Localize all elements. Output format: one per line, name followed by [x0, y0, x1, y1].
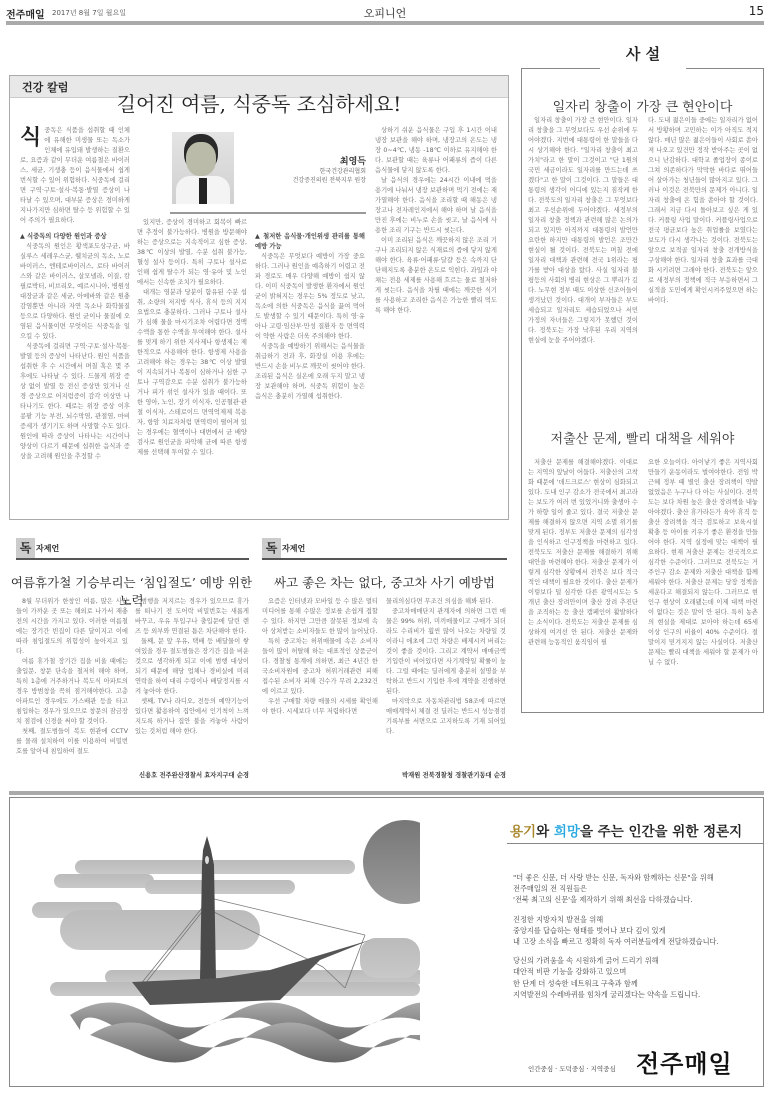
slogan-text: 와	[536, 824, 554, 840]
page-number: 15	[749, 4, 764, 18]
author-org: 한국건강관리협회	[236, 167, 366, 176]
reader-right-byline: 박재원 전북경찰청 경찰관기동대 순경	[386, 770, 506, 779]
subheading: ▲ 철저한 음식물·개인위생 관리를 통해 예방 가능	[255, 232, 365, 252]
paragraph: 셋째, TV나 라디오, 전등의 예약기능이 있다면 활용하여 집안에서 인기척…	[135, 697, 249, 737]
reader-right-col2: 물리의심다면 무조건 의심을 해봐 된다. 중고차매매단지 관계자에 의하면 그…	[386, 597, 506, 769]
reader-right-col1: 요즘은 인터넷과 모바일 등 수 많은 멀티미디어를 통해 수많은 정보를 손쉽…	[262, 597, 378, 779]
paragraph: 중고차매매단지 관계자에 의하면 그런 매물은 99% 허위, 미끼매물이고 구…	[386, 607, 506, 697]
paragraph: 요한 오늘이다. 아이낳기 좋은 지역사회 만들기 운동이라도 벌여야한다. 전…	[648, 458, 758, 668]
masthead-rule	[6, 21, 764, 25]
health-column-col4: 상하기 쉬운 음식물은 구입 후 1시간 이내 냉장 보관을 해야 하며, 냉장…	[375, 126, 497, 516]
reader-left-col1: 8월 무더위가 한창인 여름, 많은 사람들이 가까운 곳 또는 해외로 나가서…	[16, 597, 128, 779]
author-photo-tie	[199, 178, 207, 204]
pledge-line: '전북 최고의 신문'을 제작하기 위해 최선을 다하겠습니다.	[513, 894, 763, 905]
editorial-label: 사 설	[600, 43, 686, 69]
paragraph: 요즘은 인터넷과 모바일 등 수 많은 멀티미디어를 통해 수많은 정보를 손쉽…	[262, 597, 378, 637]
author-name: 최영득	[236, 154, 366, 167]
paragraph: 이미 조리된 음식은 깨끗하지 않은 조리 기구나 조리되지 않은 식재료의 즙…	[375, 236, 497, 316]
reader-right-header: 독 자제언	[262, 538, 507, 560]
section-divider	[9, 791, 764, 795]
subheading: ▲ 식중독의 다양한 원인과 증상	[20, 232, 130, 242]
paragraph: 식중독을 예방하기 위해서는 음식물을 취급하기 전과 후, 화장실 이용 후에…	[255, 342, 365, 402]
wave-2	[90, 1023, 420, 1063]
editorial2-col2: 요한 오늘이다. 아이낳기 좋은 지역사회 만들기 운동이라도 벌여야한다. 전…	[648, 458, 758, 708]
pledge-line: 중앙지를 답습하는 형태를 벗어나 보다 깊이 있게	[513, 925, 763, 936]
paragraph: 상하기 쉬운 음식물은 구입 후 1시간 이내 냉장 보관을 해야 하며, 냉장…	[375, 126, 497, 176]
paragraph: 물리의심다면 무조건 의심을 해봐 된다.	[386, 597, 506, 607]
author-position: 건강증진의원 전북지부 원장	[236, 176, 366, 185]
pledge-line: 전주매일의 전 직원들은	[513, 883, 763, 894]
reader-label-rest: 자제언	[36, 543, 59, 554]
brand-logo: 전주매일	[636, 1044, 733, 1079]
paragraph: 둘째, 문 앞 우유, 택배 등 배달물이 쌓여있을 경우 절도범들은 장기간 …	[135, 637, 249, 697]
health-column-title: 길어진 여름, 식중독 조심하세요!	[10, 88, 508, 117]
slogan-rule	[507, 843, 764, 844]
pledge-line: 한 단계 더 성숙한 네트워크 구축과 함께	[513, 978, 763, 989]
slogan-text: 을 주는 인간을 위한 정론지	[580, 824, 742, 840]
editorial1-col2: 다. 도내 젊은이들 중에는 일자리가 없어서 방황하며 고민하는 이가 아직도…	[648, 116, 758, 414]
editorial2-col1: 저출산 문제를 해결해야겠다. 이대로는 지역의 앞날이 어둡다. 저출산의 고…	[528, 458, 638, 708]
pledge-line: 대안적 비판 기능을 강화하고 있으며	[513, 966, 763, 977]
health-column-col3: ▲ 철저한 음식물·개인위생 관리를 통해 예방 가능 식중독은 무엇보다 예방…	[255, 218, 365, 516]
slogan-hope: 희망	[554, 824, 580, 840]
editorial-title-2: 저출산 문제, 빨리 대책을 세워야	[521, 428, 764, 447]
pledge-line: 내 고장 소식을 빠르고 정확히 독자 여러분들에게 전달하겠습니다.	[513, 936, 763, 947]
paragraph: 있지만, 증상이 경미하고 회복이 빠르면 추정이 불가능하다. 병원을 방문해…	[137, 218, 247, 288]
clouds	[32, 860, 420, 996]
reader-label-first: 독	[262, 538, 281, 558]
paragraph: 날 음식의 경우에는 24시간 이내에 먹을 용기에 나눠서 냉장 보관하며 먹…	[375, 176, 497, 236]
pledge-line: 당신의 가려움을 속 시원하게 긁어 드리기 위해	[513, 955, 763, 966]
author-photo	[172, 132, 234, 204]
paragraph: 식중독은 무엇보다 예방이 가장 중요하다. 그러나 원인을 예측하기 어렵고 …	[255, 252, 365, 342]
paragraph: 저출산 문제를 해결해야겠다. 이대로는 지역의 앞날이 어둡다. 저출산의 고…	[528, 458, 638, 648]
slogan-courage: 용기	[510, 824, 536, 840]
dropcap: 식	[20, 126, 41, 148]
ship-illustration	[20, 820, 420, 1070]
pen-nib-hole	[205, 856, 209, 864]
section-title: 오피니언	[6, 5, 764, 21]
promo-slogan: 용기와 희망을 주는 인간을 위한 정론지	[510, 820, 742, 840]
editorial-title-1: 일자리 창출이 가장 큰 현안이다	[521, 96, 764, 115]
paragraph: 대개는 염분과 당분이 함유된 수분 섭취, 소량의 저지방 식사, 휴식 등의…	[137, 288, 247, 458]
promo-pledge: "더 좋은 신문, 더 사랑 받는 신문, 독자와 함께하는 신문"을 위해 전…	[513, 872, 763, 1000]
reader-left-col2: 범행을 저지르는 경우가 있으므로 휴가를 떠나기 전 도어락 비밀번호는 새롭…	[135, 597, 249, 769]
paragraph: 식중독의 원인은 황색포도상구균, 바실루스 세레우스균, 웰치균의 독소, 노…	[20, 242, 130, 342]
reader-left-header: 독 자제언	[16, 538, 249, 560]
paragraph: 마지막으로 자동차관리법 58조에 따르면 매매계약서 체결 전 딜러는 반드시…	[386, 697, 506, 737]
paragraph: 일자리 창출이 가장 큰 현안이다. 일자리 창출을 그 무엇보다도 우선 순위…	[528, 116, 638, 346]
health-column-col2: 있지만, 증상이 경미하고 회복이 빠르면 추정이 불가능하다. 병원을 방문해…	[137, 218, 247, 516]
reader-left-byline: 신용호 전주완산경찰서 효자지구대 순경	[130, 770, 249, 779]
paragraph: 우선 구매할 차량 매물의 시세를 확인해야 한다. 시세보다 너무 저렴하다면	[262, 697, 378, 717]
reader-label-first: 독	[16, 538, 35, 558]
paragraph: 다. 도내 젊은이들 중에는 일자리가 없어서 방황하며 고민하는 이가 아직도…	[648, 116, 758, 306]
paragraph: 특히 중고차는 허위매물에 속은 소비자들이 많이 허탈해 하는 대표적인 상품…	[262, 637, 378, 697]
author-info: 최영득 한국건강관리협회 건강증진의원 전북지부 원장	[236, 154, 366, 185]
paragraph: 8월 무더위가 한창인 여름, 많은 사람들이 가까운 곳 또는 해외로 나가서…	[16, 597, 128, 657]
health-column-col1: 식중독은 식품을 섭취할 때 인체에 유해한 미생물 또는 독소가 인체에 유입…	[20, 126, 130, 516]
paragraph: 식중독에 걸리면 구역·구토·설사·복통·발열 등의 증상이 나타난다. 원인 …	[20, 342, 130, 462]
reader-right-title: 싸고 좋은 차는 없다, 중고차 사기 예방법	[262, 573, 507, 591]
pledge-line: 지역발전의 수레바퀴를 힘차게 굴리겠다는 약속을 드립니다.	[513, 989, 763, 1000]
paragraph: 여름 휴가철 장기간 집을 비울 때에는 출입문, 창문 단속을 철저히 해야 …	[16, 657, 128, 727]
pledge-line: "더 좋은 신문, 더 사랑 받는 신문, 독자와 함께하는 신문"을 위해	[513, 872, 763, 883]
author-photo-head	[186, 142, 216, 176]
reader-label-rest: 자제언	[282, 543, 305, 554]
editorial1-col1: 일자리 창출이 가장 큰 현안이다. 일자리 창출을 그 무엇보다도 우선 순위…	[528, 116, 638, 414]
paragraph: 첫째, 절도범들이 복도 현관에 CCTV를 몰래 설치하여 이를 이용하여 비…	[16, 727, 128, 757]
author-rule	[170, 212, 366, 214]
pledge-line: 진정한 지방자치 발전을 위해	[513, 914, 763, 925]
sun-icon	[363, 820, 420, 904]
promo-motto: 인간중심 · 도덕중심 · 지역중심	[528, 1064, 616, 1073]
paragraph: 범행을 저지르는 경우가 있으므로 휴가를 떠나기 전 도어락 비밀번호는 새롭…	[135, 597, 249, 637]
